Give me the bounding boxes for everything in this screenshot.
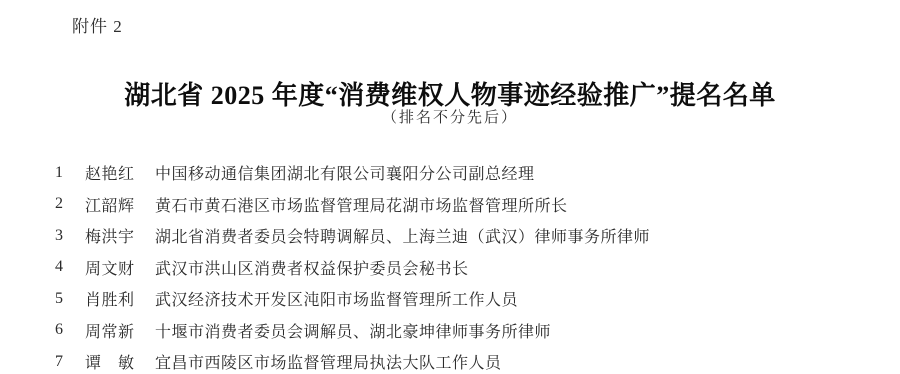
item-name: 谭 敏 <box>85 350 155 373</box>
item-description: 武汉经济技术开发区沌阳市场监督管理所工作人员 <box>155 287 870 310</box>
list-item: 1 赵艳红 中国移动通信集团湖北有限公司襄阳分公司副总经理 <box>55 157 870 189</box>
item-name: 江韶辉 <box>85 193 155 216</box>
list-item: 3 梅洪宇 湖北省消费者委员会特聘调解员、上海兰迪（武汉）律师事务所律师 <box>55 220 870 252</box>
list-item: 4 周文财 武汉市洪山区消费者权益保护委员会秘书长 <box>55 252 870 284</box>
item-number: 5 <box>55 290 85 308</box>
item-number: 1 <box>55 164 85 182</box>
list-item: 7 谭 敏 宜昌市西陵区市场监督管理局执法大队工作人员 <box>55 346 870 374</box>
nomination-list: 1 赵艳红 中国移动通信集团湖北有限公司襄阳分公司副总经理 2 江韶辉 黄石市黄… <box>55 157 870 374</box>
item-number: 2 <box>55 195 85 213</box>
item-number: 7 <box>55 353 85 371</box>
item-name: 梅洪宇 <box>85 224 155 247</box>
item-description: 武汉市洪山区消费者权益保护委员会秘书长 <box>155 256 870 279</box>
list-item: 2 江韶辉 黄石市黄石港区市场监督管理局花湖市场监督管理所所长 <box>55 189 870 221</box>
item-name: 周文财 <box>85 256 155 279</box>
item-name: 肖胜利 <box>85 287 155 310</box>
item-name: 周常新 <box>85 319 155 342</box>
item-description: 十堰市消费者委员会调解员、湖北豪坤律师事务所律师 <box>155 319 870 342</box>
page-subtitle: （排名不分先后） <box>0 106 900 127</box>
attachment-label: 附件 2 <box>72 12 123 37</box>
item-name: 赵艳红 <box>85 161 155 184</box>
list-item: 6 周常新 十堰市消费者委员会调解员、湖北豪坤律师事务所律师 <box>55 315 870 347</box>
item-description: 湖北省消费者委员会特聘调解员、上海兰迪（武汉）律师事务所律师 <box>155 224 870 247</box>
item-number: 6 <box>55 321 85 339</box>
item-description: 宜昌市西陵区市场监督管理局执法大队工作人员 <box>155 350 870 373</box>
item-number: 4 <box>55 258 85 276</box>
item-number: 3 <box>55 227 85 245</box>
list-item: 5 肖胜利 武汉经济技术开发区沌阳市场监督管理所工作人员 <box>55 283 870 315</box>
item-description: 黄石市黄石港区市场监督管理局花湖市场监督管理所所长 <box>155 193 870 216</box>
item-description: 中国移动通信集团湖北有限公司襄阳分公司副总经理 <box>155 161 870 184</box>
